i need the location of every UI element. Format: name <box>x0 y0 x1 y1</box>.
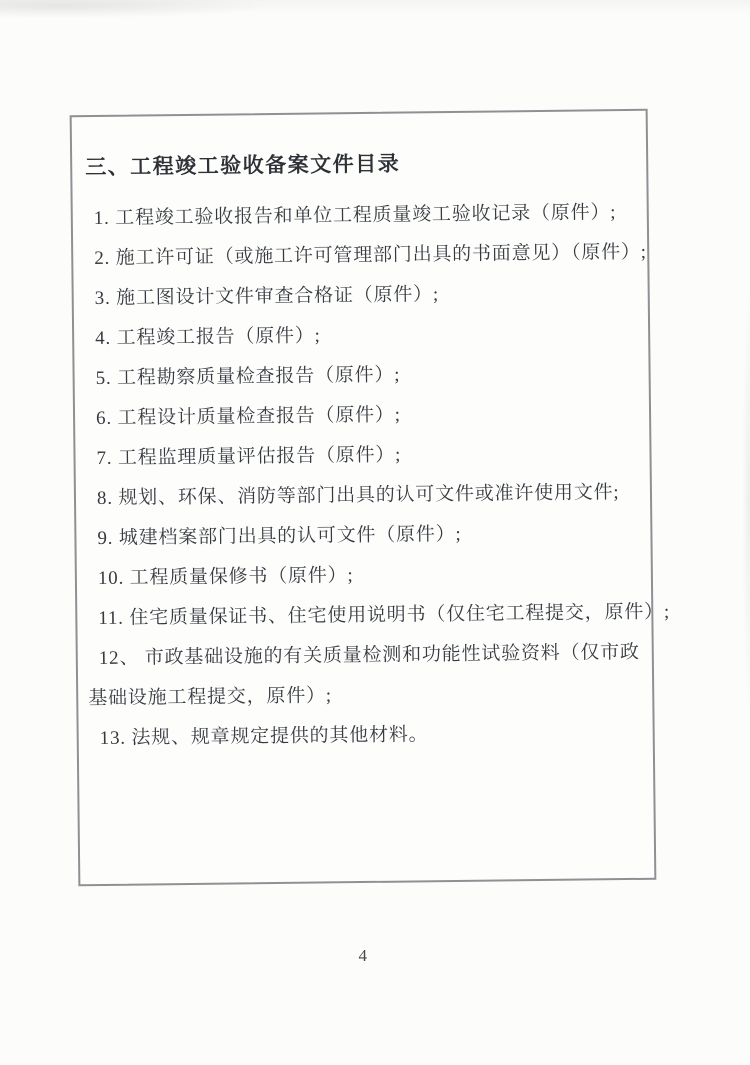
list-item: 6. 工程设计质量检查报告（原件）; <box>85 393 641 439</box>
list-item: 3. 施工图设计文件审查合格证（原件）; <box>84 273 640 319</box>
list-item: 7. 工程监理质量评估报告（原件）; <box>85 433 641 479</box>
list-item: 12、 市政基础设施的有关质量检测和功能性试验资料（仅市政基础设施工程提交，原件… <box>88 633 645 719</box>
list-item: 10. 工程质量保修书（原件）; <box>87 553 643 599</box>
list-item: 5. 工程勘察质量检查报告（原件）; <box>84 353 640 399</box>
list-item: 1. 工程竣工验收报告和单位工程质量竣工验收记录（原件）; <box>83 193 639 239</box>
list-item: 11. 住宅质量保证书、住宅使用说明书（仅住宅工程提交，原件）; <box>87 593 643 639</box>
list-item: 4. 工程竣工报告（原件）; <box>84 313 640 359</box>
page-number: 4 <box>0 946 726 966</box>
list-item: 8. 规划、环保、消防等部门出具的认可文件或准许使用文件; <box>86 473 642 519</box>
document-frame: 三、工程竣工验收备案文件目录 1. 工程竣工验收报告和单位工程质量竣工验收记录（… <box>70 109 657 887</box>
section-title: 三、工程竣工验收备案文件目录 <box>85 147 634 183</box>
list-item: 2. 施工许可证（或施工许可管理部门出具的书面意见）（原件）; <box>83 233 639 279</box>
document-file-list: 1. 工程竣工验收报告和单位工程质量竣工验收记录（原件）; 2. 施工许可证（或… <box>83 193 645 759</box>
list-item: 13. 法规、规章规定提供的其他材料。 <box>88 713 644 759</box>
list-item: 9. 城建档案部门出具的认可文件（原件）; <box>86 513 642 559</box>
